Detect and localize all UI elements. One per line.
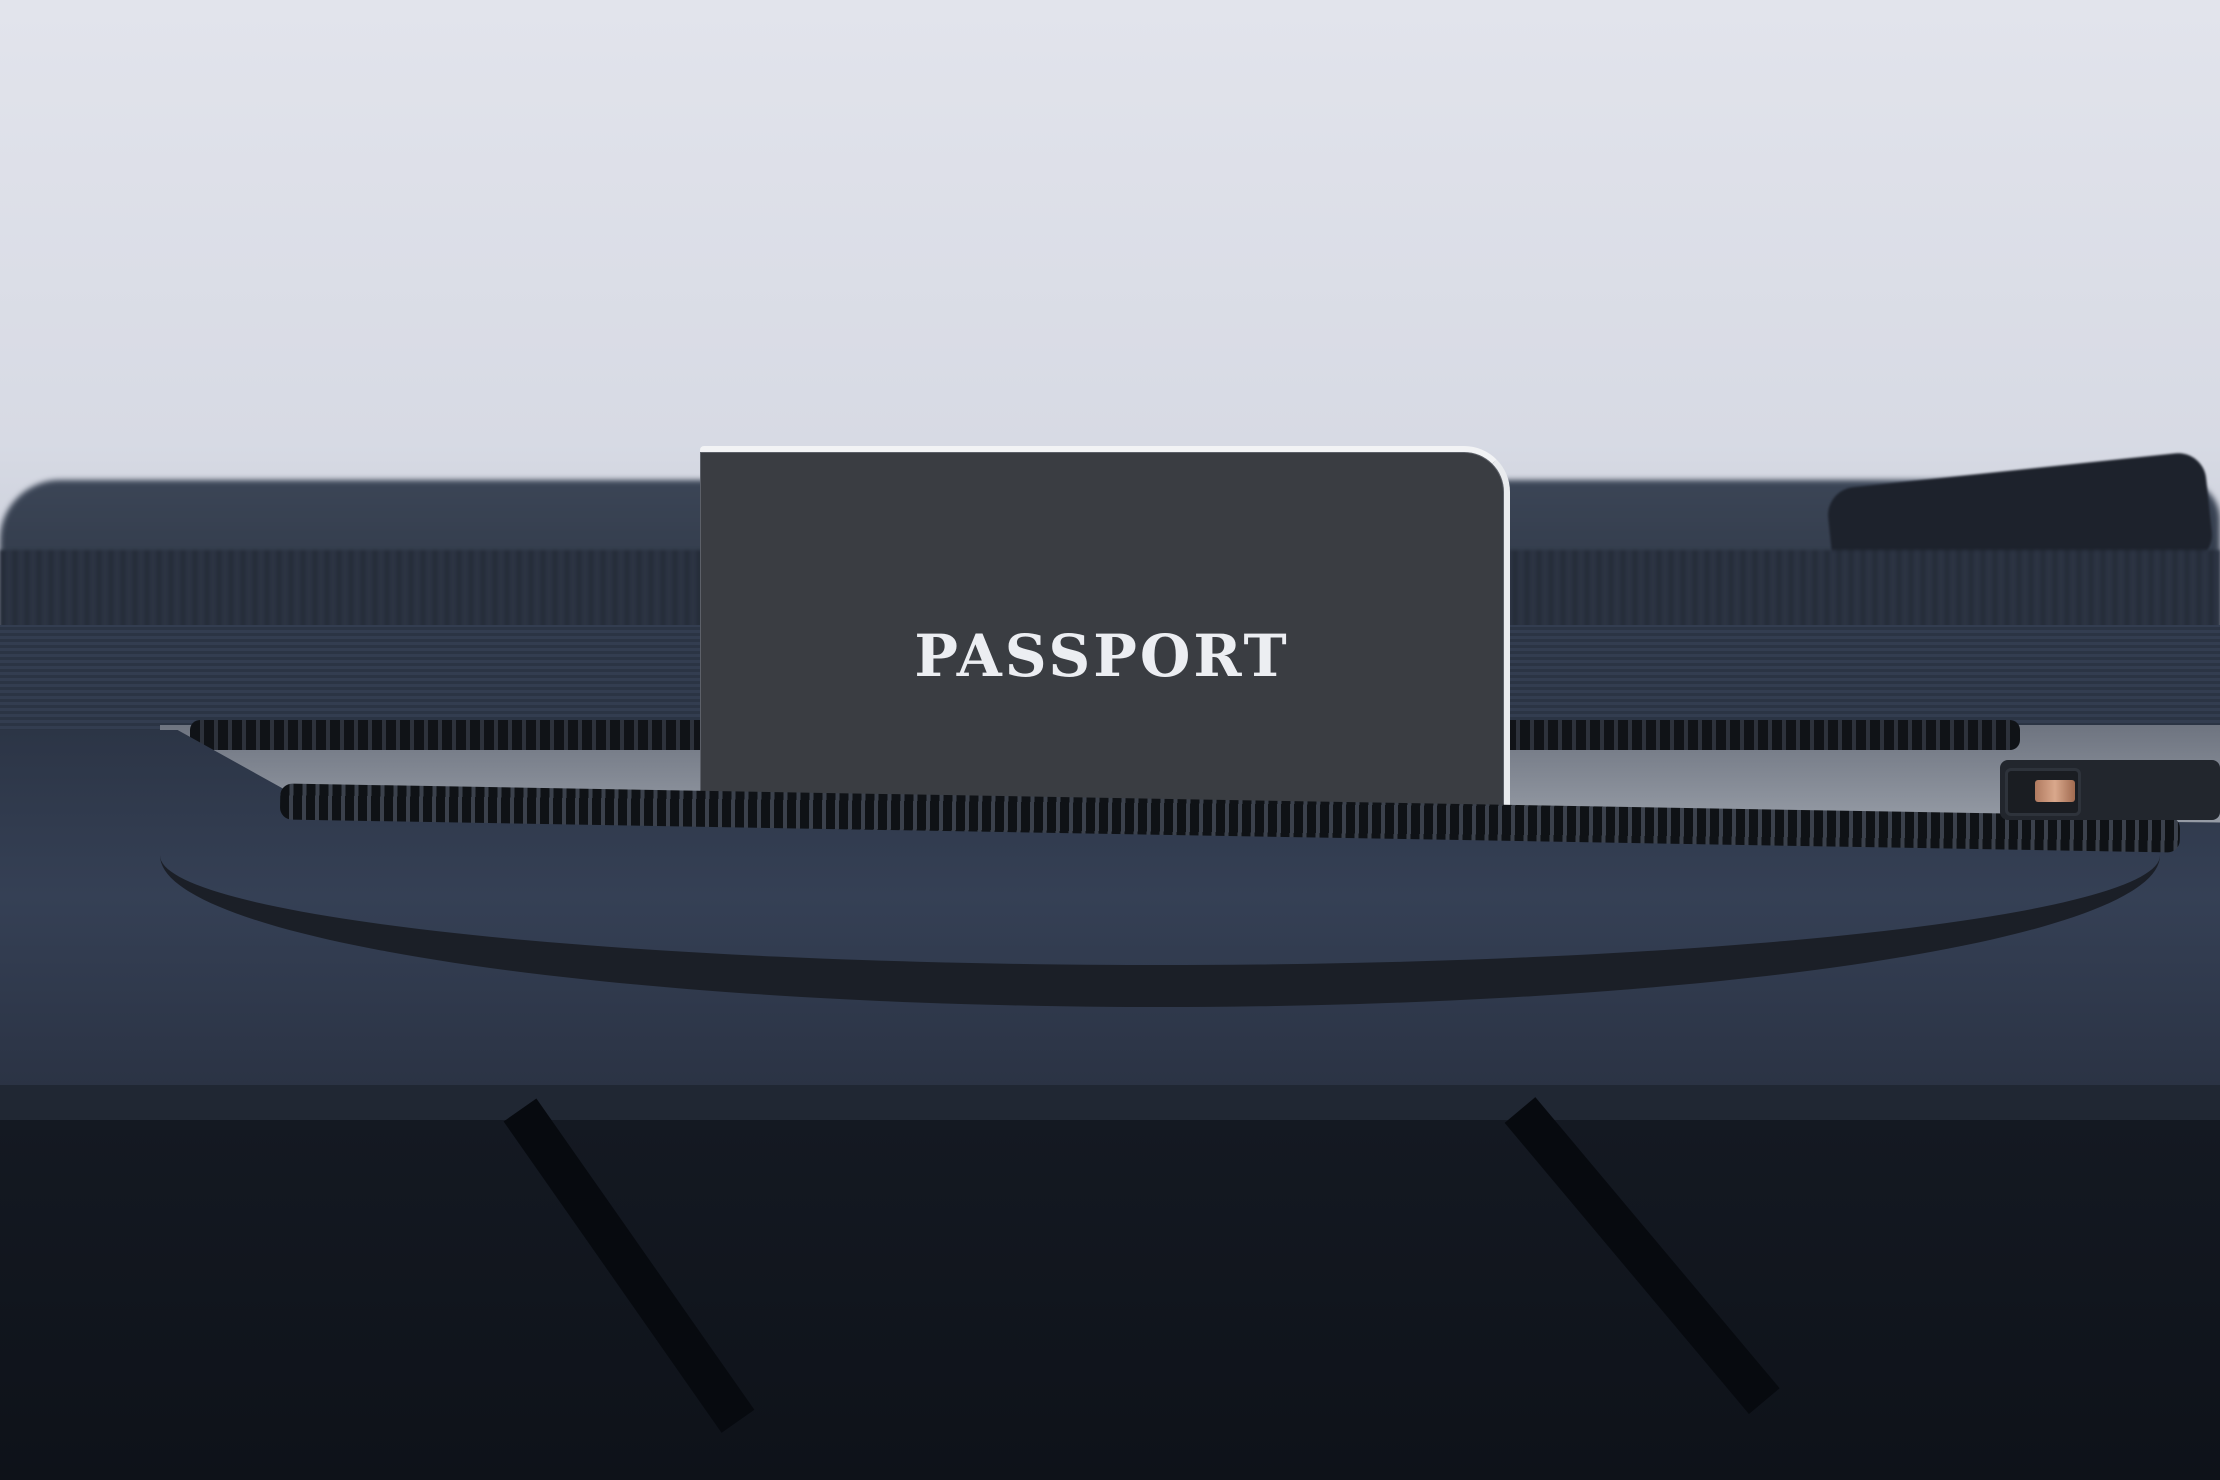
zipper-copper-link (2035, 780, 2075, 802)
pocket-seam (0, 1085, 2220, 1125)
padded-panel (0, 1120, 2220, 1480)
passport-title: PASSPORT (700, 622, 1504, 690)
